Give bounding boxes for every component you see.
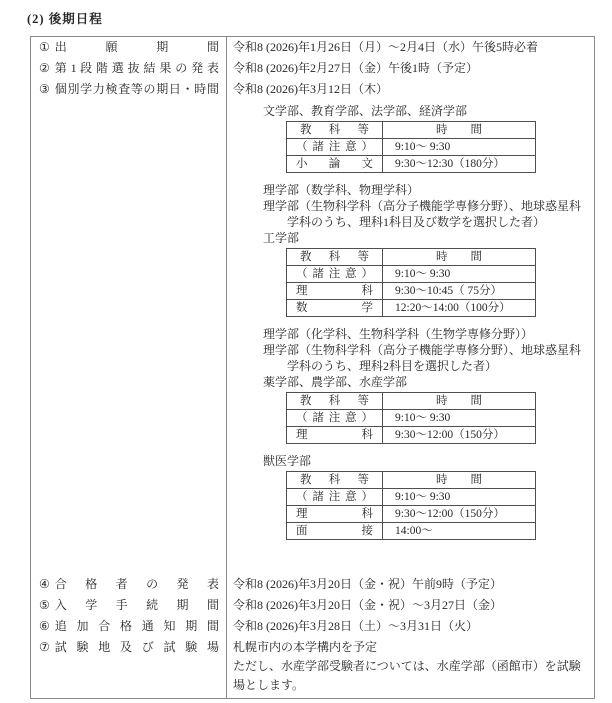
- subject-cell: （諸注意）: [287, 489, 383, 506]
- faculty-group-4-label: 獣医学部: [263, 453, 588, 469]
- subject-header-cell: 教 科 等: [287, 249, 383, 266]
- item-label: 第 1 段 階 選 抜 結 果 の 発 表: [55, 58, 219, 79]
- subject-header-cell: 教 科 等: [287, 122, 383, 139]
- row-label-exam-venue: ⑦ 試 験 地 及 び 試 験 場: [31, 637, 227, 698]
- row-value-result-announcement: 令和8 (2026)年3月20日（金・祝）午前9時（予定）: [227, 574, 594, 595]
- item-label: 試 験 地 及 び 試 験 場: [55, 637, 219, 658]
- item-number: ⑤: [39, 595, 50, 616]
- time-cell: 9:10～ 9:30: [383, 139, 536, 156]
- row-value-first-stage-result: 令和8 (2026)年2月27日（金）午後1時（予定）: [227, 58, 594, 79]
- faculty-group-2-label-line2: 理学部（生物科学科（高分子機能学専修分野）、地球惑星科: [263, 198, 588, 214]
- table-header-row: 教 科 等 時 間: [287, 472, 536, 489]
- faculty-group-3-label-line4: 薬学部、農学部、水産学部: [263, 374, 588, 390]
- row-label-result-announcement: ④ 合 格 者 の 発 表: [31, 574, 227, 595]
- item-label: 出 願 期 間: [55, 37, 219, 58]
- exam-table-2: 教 科 等 時 間 （諸注意） 9:10～ 9:30 理 科 9:30～10:4…: [286, 248, 536, 317]
- subject-cell: 理 科: [287, 283, 383, 300]
- item-number: ④: [39, 574, 50, 595]
- item-number: ③: [39, 79, 50, 100]
- subject-cell: （諸注意）: [287, 139, 383, 156]
- table-row: 小 論 文 9:30～12:30（180分）: [287, 156, 536, 173]
- row-label-enrollment-period: ⑤ 入 学 手 続 期 間: [31, 595, 227, 616]
- time-header-cell: 時 間: [383, 249, 536, 266]
- item-number: ⑦: [39, 637, 50, 658]
- table-header-row: 教 科 等 時 間: [287, 122, 536, 139]
- table-row: 面 接 14:00～: [287, 523, 536, 540]
- faculty-group-2-label-line3: 学科のうち、理科1科目及び数学を選択した者）: [287, 214, 588, 230]
- time-cell: 9:10～ 9:30: [383, 410, 536, 427]
- row-label-application-period: ① 出 願 期 間: [31, 37, 227, 58]
- table-header-row: 教 科 等 時 間: [287, 249, 536, 266]
- venue-note: ただし、水産学部受験者については、水産学部（函館市）を試験場とします。: [233, 657, 588, 698]
- exam-table-1: 教 科 等 時 間 （諸注意） 9:10～ 9:30 小 論 文 9:30～12…: [286, 121, 536, 173]
- item-label: 入 学 手 続 期 間: [55, 595, 219, 616]
- row-value-enrollment-period: 令和8 (2026)年3月20日（金・祝）～3月27日（金）: [227, 595, 594, 616]
- row-value-exam-venue: 札幌市内の本学構内を予定 ただし、水産学部受験者については、水産学部（函館市）を…: [227, 637, 594, 698]
- subject-cell: 面 接: [287, 523, 383, 540]
- item-label: 個別学力検査等の期日・時間: [55, 79, 219, 100]
- table-row: 理 科 9:30～12:00（150分）: [287, 506, 536, 523]
- faculty-group-3-label-line3: 学科のうち、理科2科目を選択した者）: [287, 358, 588, 374]
- subject-cell: 理 科: [287, 506, 383, 523]
- faculty-group-3-label-line2: 理学部（生物科学科（高分子機能学専修分野）、地球惑星科: [263, 342, 588, 358]
- time-cell: 9:30～12:00（150分）: [383, 506, 536, 523]
- faculty-group-3-label-line1: 理学部（化学科、生物科学科（生物学専修分野））: [263, 326, 588, 342]
- subject-header-cell: 教 科 等: [287, 472, 383, 489]
- table-row: 数 学 12:20～14:00（100分）: [287, 300, 536, 317]
- item-label: 合 格 者 の 発 表: [55, 574, 219, 595]
- row-label-exam-date-time: ③ 個別学力検査等の期日・時間: [31, 79, 227, 100]
- faculty-schedules: 文学部、教育学部、法学部、経済学部 教 科 等 時 間 （諸注意） 9:10～ …: [227, 100, 594, 574]
- time-cell: 9:30～12:00（150分）: [383, 427, 536, 444]
- table-row: （諸注意） 9:10～ 9:30: [287, 266, 536, 283]
- row-label-additional-pass-period: ⑥ 追 加 合 格 通 知 期 間: [31, 616, 227, 637]
- table-row: （諸注意） 9:10～ 9:30: [287, 410, 536, 427]
- item-label: 追 加 合 格 通 知 期 間: [55, 616, 219, 637]
- time-header-cell: 時 間: [383, 122, 536, 139]
- table-row: 理 科 9:30～12:00（150分）: [287, 427, 536, 444]
- row-value-application-period: 令和8 (2026)年1月26日（月）～2月4日（水）午後5時必着: [227, 37, 594, 58]
- item-number: ①: [39, 37, 50, 58]
- time-cell: 9:10～ 9:30: [383, 489, 536, 506]
- table-row: （諸注意） 9:10～ 9:30: [287, 489, 536, 506]
- table-row: （諸注意） 9:10～ 9:30: [287, 139, 536, 156]
- time-cell: 9:30～10:45（ 75分）: [383, 283, 536, 300]
- item-number: ②: [39, 58, 50, 79]
- document-page: (2) 後期日程 ① 出 願 期 間 令和8 (2026)年1月26日（月）～2…: [0, 0, 612, 703]
- time-header-cell: 時 間: [383, 472, 536, 489]
- subject-cell: 数 学: [287, 300, 383, 317]
- subject-cell: （諸注意）: [287, 266, 383, 283]
- row-value-additional-pass-period: 令和8 (2026)年3月28日（土）～3月31日（火）: [227, 616, 594, 637]
- exam-table-4: 教 科 等 時 間 （諸注意） 9:10～ 9:30 理 科 9:30～12:0…: [286, 471, 536, 540]
- time-cell: 14:00～: [383, 523, 536, 540]
- venue-primary: 札幌市内の本学構内を予定: [233, 637, 588, 657]
- time-cell: 9:10～ 9:30: [383, 266, 536, 283]
- time-cell: 9:30～12:30（180分）: [383, 156, 536, 173]
- faculty-group-2-label-line1: 理学部（数学科、物理学科）: [263, 182, 588, 198]
- time-cell: 12:20～14:00（100分）: [383, 300, 536, 317]
- page-title: (2) 後期日程: [27, 9, 612, 27]
- table-header-row: 教 科 等 時 間: [287, 393, 536, 410]
- subject-header-cell: 教 科 等: [287, 393, 383, 410]
- schedule-table: ① 出 願 期 間 令和8 (2026)年1月26日（月）～2月4日（水）午後5…: [30, 36, 595, 699]
- empty-left-cell: [31, 100, 227, 574]
- subject-cell: 小 論 文: [287, 156, 383, 173]
- faculty-group-1-label: 文学部、教育学部、法学部、経済学部: [263, 103, 588, 119]
- item-number: ⑥: [39, 616, 50, 637]
- row-value-exam-date: 令和8 (2026)年3月12日（木）: [227, 79, 594, 100]
- subject-cell: 理 科: [287, 427, 383, 444]
- row-label-first-stage-result: ② 第 1 段 階 選 抜 結 果 の 発 表: [31, 58, 227, 79]
- table-row: 理 科 9:30～10:45（ 75分）: [287, 283, 536, 300]
- time-header-cell: 時 間: [383, 393, 536, 410]
- subject-cell: （諸注意）: [287, 410, 383, 427]
- faculty-group-2-label-line4: 工学部: [263, 230, 588, 246]
- exam-table-3: 教 科 等 時 間 （諸注意） 9:10～ 9:30 理 科 9:30～12:0…: [286, 392, 536, 444]
